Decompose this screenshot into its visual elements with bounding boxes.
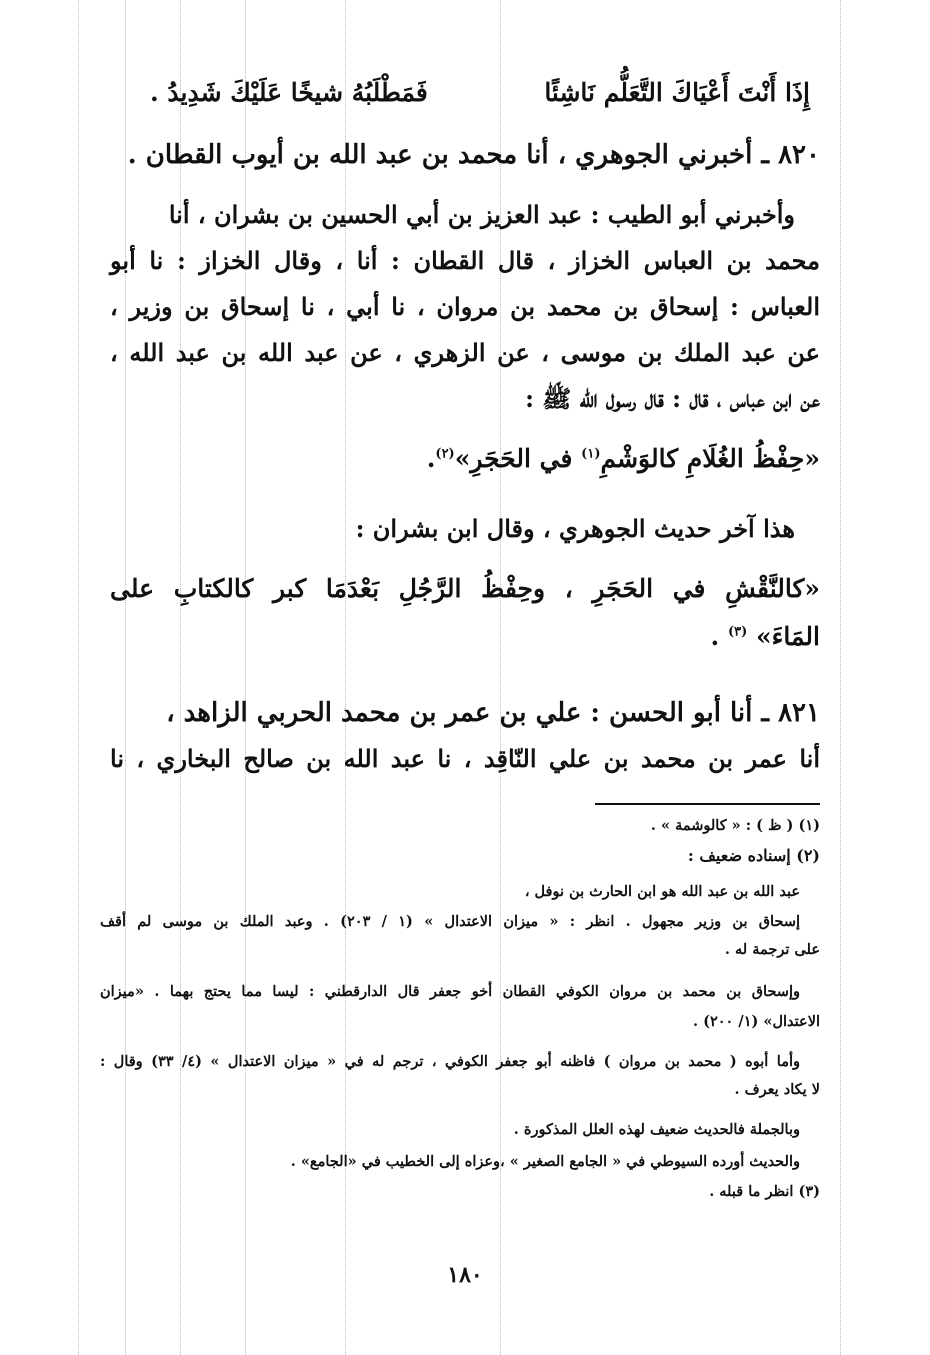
footnote-2-line: وبالجملة فالحديث ضعيف لهذه العلل المذكور… — [100, 1120, 800, 1140]
book-page: إِذَا أَنْتَ أَعْيَاكَ التَّعَلُّم نَاشِ… — [0, 0, 930, 1355]
page-number: ١٨٠ — [0, 1262, 930, 1288]
footnote-2-line: لا يكاد يعرف . — [100, 1080, 820, 1100]
hadith-820-line-10: المَاءَ» (٣) . — [110, 622, 820, 651]
poetry-verse: إِذَا أَنْتَ أَعْيَاكَ التَّعَلُّم نَاشِ… — [150, 78, 810, 118]
footnote-2-line: عبد الله بن عبد الله هو ابن الحارث بن نو… — [100, 882, 800, 902]
hadith-number: ٨٢١ ـ — [761, 698, 820, 728]
hadith-820-line-6: عن ابن عباس ، قال : قال رسول الله ﷺ : — [110, 382, 820, 416]
footnote-2-heading: (٢) إسناده ضعيف : — [100, 846, 820, 866]
verse-second-hemistich: فَمَطْلَبُهُ شيخًا عَلَيْكَ شَدِيدُ . — [150, 78, 428, 118]
footnote-1: (١) ( ظ ) : « كالوشمة » . — [100, 816, 820, 836]
hadith-820-line-1: ٨٢٠ ـ أخبرني الجوهري ، أنا محمد بن عبد ا… — [110, 138, 820, 172]
scan-artifact — [840, 0, 841, 1355]
footnote-2-line: الاعتدال» (١/ ٢٠٠) . — [100, 1012, 820, 1032]
scan-artifact — [78, 0, 79, 1355]
hadith-820-line-4: العباس : إسحاق بن محمد بن مروان ، نا أبي… — [110, 290, 820, 324]
hadith-820-line-8: هذا آخر حديث الجوهري ، وقال ابن بشران : — [110, 512, 795, 546]
hadith-821-line-2: أنا عمر بن محمد بن علي النّاقِد ، نا عبد… — [110, 742, 820, 776]
footnote-2-line: وأما أبوه ( محمد بن مروان ) فاظنه أبو جع… — [100, 1052, 800, 1072]
hadith-821-line-1: ٨٢١ ـ أنا أبو الحسن : علي بن عمر بن محمد… — [110, 696, 820, 730]
hadith-820-line-9: «كالنَّقْشِ في الحَجَرِ ، وحِفْظُ الرَّج… — [110, 574, 820, 603]
footnote-2-line: والحديث أورده السيوطي في « الجامع الصغير… — [100, 1152, 800, 1172]
footnote-2-line: إسحاق بن وزير مجهول . انظر : « ميزان الا… — [100, 912, 800, 932]
hadith-number: ٨٢٠ ـ — [761, 140, 820, 170]
hadith-820-line-2: وأخبرني أبو الطيب : عبد العزيز بن أبي ال… — [110, 198, 795, 232]
hadith-text: «حِفْظُ الغُلَامِ كالوَشْمِ(١) في الحَجَ… — [110, 444, 820, 473]
footnote-3: (٣) انظر ما قبله . — [100, 1182, 820, 1202]
hadith-820-line-3: محمد بن العباس الخزاز ، قال القطان : أنا… — [110, 244, 820, 278]
footnote-ref-3[interactable]: (٣) — [728, 625, 747, 640]
hadith-820-line-5: عن عبد الملك بن موسى ، عن الزهري ، عن عب… — [110, 336, 820, 370]
footnote-ref-2[interactable]: (٢) — [435, 447, 454, 462]
footnote-ref-1[interactable]: (١) — [581, 447, 600, 462]
footnote-2-line: وإسحاق بن محمد بن مروان الكوفي القطان أخ… — [100, 982, 800, 1002]
footnote-2-line: على ترجمة له . — [100, 940, 820, 960]
footnote-separator — [595, 803, 820, 805]
verse-first-hemistich: إِذَا أَنْتَ أَعْيَاكَ التَّعَلُّم نَاشِ… — [544, 78, 810, 118]
